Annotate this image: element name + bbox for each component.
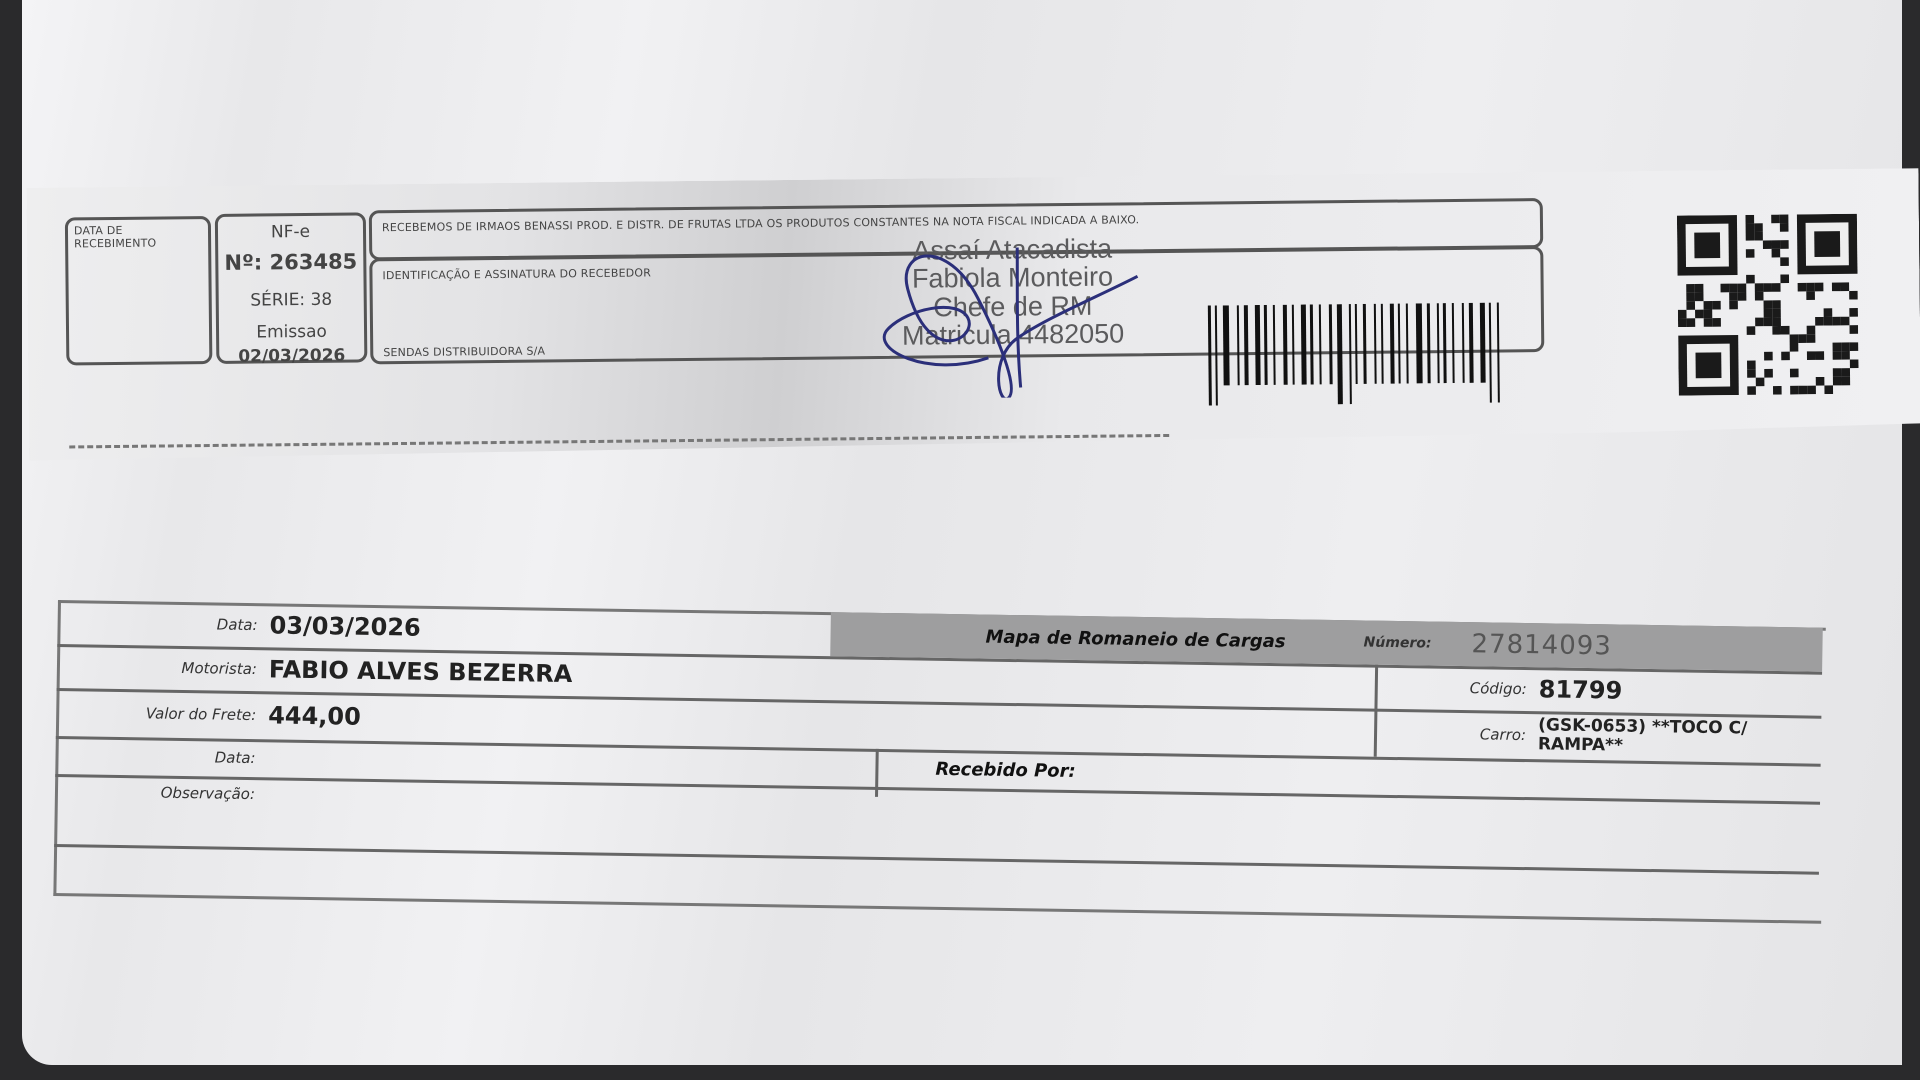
form-title: Mapa de Romaneio de Cargas — [985, 626, 1285, 652]
qr-code-icon — [1677, 214, 1859, 396]
carro-label: Carro: — [1480, 725, 1527, 744]
nfe-serie: SÉRIE: 38 — [219, 289, 364, 311]
nfe-type: NF-e — [218, 221, 363, 243]
motorista-value: FABIO ALVES BEZERRA — [269, 655, 573, 688]
nfe-receipt-stub: DATA DE RECEBIMENTO NF-e Nº: 263485 SÉRI… — [27, 168, 1920, 478]
recebido-por-label: Recebido Por: — [935, 758, 1076, 781]
nfe-emissao-date: 02/03/2026 — [219, 345, 364, 367]
data-recebimento-label: DATA DE RECEBIMENTO — [74, 223, 202, 250]
nfe-info-box: NF-e Nº: 263485 SÉRIE: 38 Emissao 02/03/… — [215, 212, 368, 364]
nfe-emissao-label: Emissao — [219, 321, 364, 343]
recipient-name: SENDAS DISTRIBUIDORA S/A — [383, 344, 545, 359]
frete-value: 444,00 — [268, 701, 361, 730]
carro-value-line2: RAMPA** — [1538, 735, 1623, 755]
numero-label: Número: — [1363, 635, 1431, 652]
data-recebimento-box: DATA DE RECEBIMENTO — [65, 216, 213, 366]
codigo-label: Código: — [1470, 679, 1527, 698]
barcode-icon — [1198, 301, 1599, 410]
codigo-value: 81799 — [1539, 675, 1623, 704]
data-label: Data: — [217, 615, 258, 634]
nfe-number: Nº: 263485 — [218, 249, 363, 275]
frete-label: Valor do Frete: — [146, 704, 257, 724]
romaneio-form: Data: 03/03/2026 Mapa de Romaneio de Car… — [53, 600, 1822, 918]
declaration-text: RECEBEMOS DE IRMAOS BENASSI PROD. E DIST… — [382, 209, 1530, 234]
data-value: 03/03/2026 — [269, 611, 421, 641]
data2-label: Data: — [215, 748, 256, 767]
signature-scribble — [867, 236, 1169, 399]
motorista-label: Motorista: — [181, 659, 257, 678]
observacao-label: Observação: — [161, 784, 256, 803]
numero-value: 27814093 — [1471, 629, 1612, 661]
